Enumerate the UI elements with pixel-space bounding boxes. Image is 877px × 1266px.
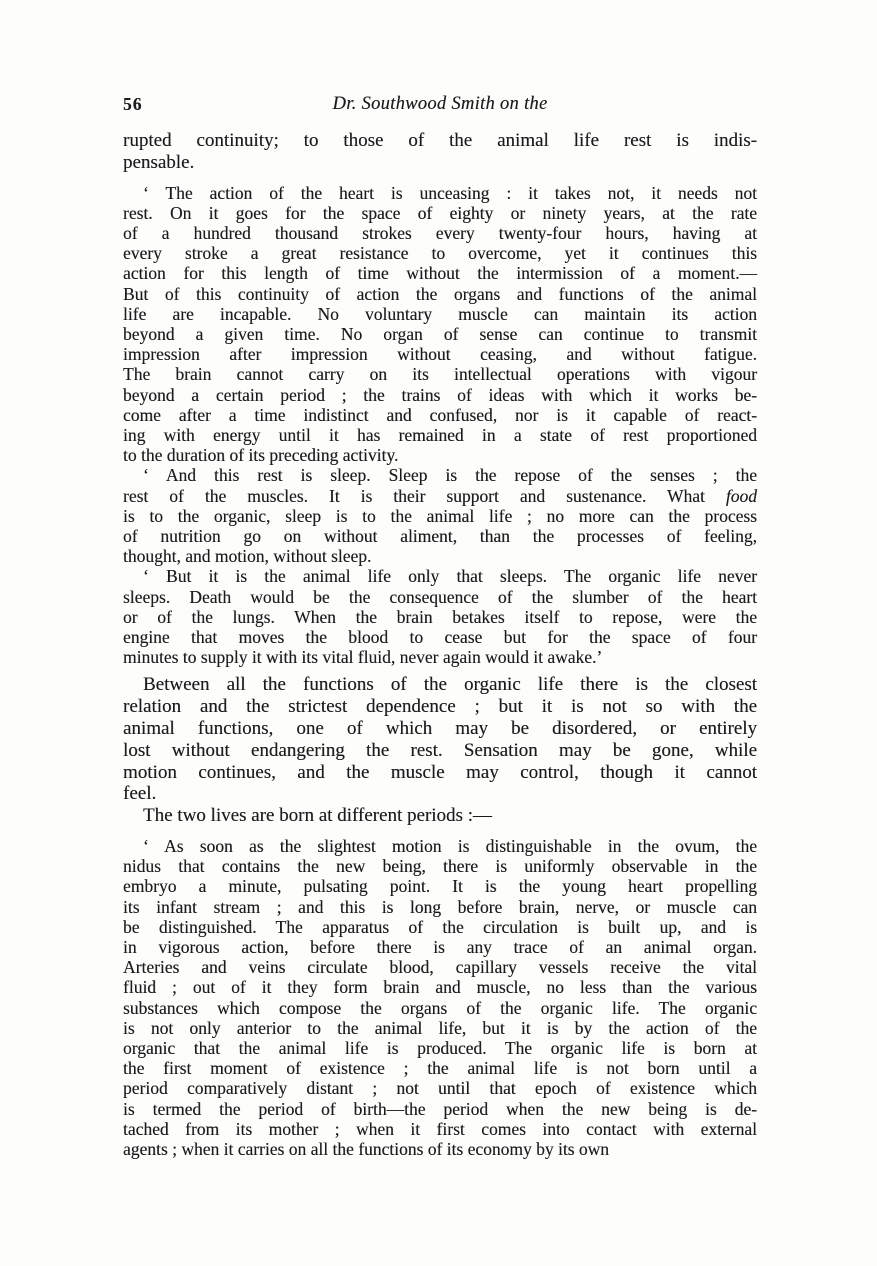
- text-line: feel.: [123, 783, 757, 805]
- text-line: beyond a given time. No organ of sense c…: [123, 324, 757, 344]
- text-line: sleeps. Death would be the consequence o…: [123, 587, 757, 607]
- text-line: to the duration of its preceding activit…: [123, 445, 757, 465]
- paragraph: Between all the functions of the organic…: [123, 674, 757, 805]
- text-line: lost without endangering the rest. Sensa…: [123, 740, 757, 762]
- text-line: agents ; when it carries on all the func…: [123, 1139, 757, 1159]
- text-line: ‘ As soon as the slightest motion is dis…: [123, 836, 757, 856]
- text-line: motion continues, and the muscle may con…: [123, 762, 757, 784]
- text-line: nidus that contains the new being, there…: [123, 856, 757, 876]
- text-line: organic that the animal life is produced…: [123, 1038, 757, 1058]
- text-line: Between all the functions of the organic…: [123, 674, 757, 696]
- paragraph: rupted continuity; to those of the anima…: [123, 130, 757, 174]
- text-line: of a hundred thousand strokes every twen…: [123, 223, 757, 243]
- text-line: ‘ And this rest is sleep. Sleep is the r…: [123, 465, 757, 485]
- paragraph: ‘ As soon as the slightest motion is dis…: [123, 836, 757, 1159]
- text-line: ‘ But it is the animal life only that sl…: [123, 566, 757, 586]
- text-line: every stroke a great resistance to overc…: [123, 243, 757, 263]
- text-line: period comparatively distant ; not until…: [123, 1078, 757, 1098]
- running-header-title: Dr. Southwood Smith on the: [123, 94, 757, 115]
- text-line: or of the lungs. When the brain betakes …: [123, 607, 757, 627]
- text-line: the first moment of existence ; the anim…: [123, 1058, 757, 1078]
- text-line: tached from its mother ; when it first c…: [123, 1119, 757, 1139]
- text-line: pensable.: [123, 152, 757, 174]
- page-number: 56: [123, 94, 143, 115]
- text-line: But of this continuity of action the org…: [123, 284, 757, 304]
- text-line: embryo a minute, pulsating point. It is …: [123, 876, 757, 896]
- text-line: ‘ The action of the heart is unceasing :…: [123, 183, 757, 203]
- text-line: its infant stream ; and this is long bef…: [123, 897, 757, 917]
- text-line: is termed the period of birth—the period…: [123, 1099, 757, 1119]
- text-line: rest of the muscles. It is their support…: [123, 486, 757, 506]
- text-line: minutes to supply it with its vital flui…: [123, 647, 757, 667]
- text-line: action for this length of time without t…: [123, 263, 757, 283]
- text-line: engine that moves the blood to cease but…: [123, 627, 757, 647]
- text-line: is not only anterior to the animal life,…: [123, 1018, 757, 1038]
- text-line: substances which compose the organs of t…: [123, 998, 757, 1018]
- text-line: relation and the strictest dependence ; …: [123, 696, 757, 718]
- text-line: is to the organic, sleep is to the anima…: [123, 506, 757, 526]
- text-line: come after a time indistinct and confuse…: [123, 405, 757, 425]
- paragraph: ‘ And this rest is sleep. Sleep is the r…: [123, 465, 757, 566]
- text-line: rest. On it goes for the space of eighty…: [123, 203, 757, 223]
- text-line: ing with energy until it has remained in…: [123, 425, 757, 445]
- text-line: be distinguished. The apparatus of the c…: [123, 917, 757, 937]
- book-page: 56 Dr. Southwood Smith on the rupted con…: [0, 0, 877, 1266]
- page-header: 56 Dr. Southwood Smith on the: [123, 94, 757, 116]
- text-line: rupted continuity; to those of the anima…: [123, 130, 757, 152]
- text-line: in vigorous action, before there is any …: [123, 937, 757, 957]
- text-line: beyond a certain period ; the trains of …: [123, 385, 757, 405]
- text-line: The two lives are born at different peri…: [123, 805, 757, 827]
- paragraph: The two lives are born at different peri…: [123, 805, 757, 827]
- paragraph: ‘ The action of the heart is unceasing :…: [123, 183, 757, 466]
- text-line: impression after impression without ceas…: [123, 344, 757, 364]
- page-content: rupted continuity; to those of the anima…: [123, 130, 757, 1159]
- text-line: life are incapable. No voluntary muscle …: [123, 304, 757, 324]
- paragraph: ‘ But it is the animal life only that sl…: [123, 566, 757, 667]
- text-line: of nutrition go on without aliment, than…: [123, 526, 757, 546]
- text-line: animal functions, one of which may be di…: [123, 718, 757, 740]
- text-line: Arteries and veins circulate blood, capi…: [123, 957, 757, 977]
- text-line: thought, and motion, without sleep.: [123, 546, 757, 566]
- text-line: The brain cannot carry on its intellectu…: [123, 364, 757, 384]
- text-line: fluid ; out of it they form brain and mu…: [123, 977, 757, 997]
